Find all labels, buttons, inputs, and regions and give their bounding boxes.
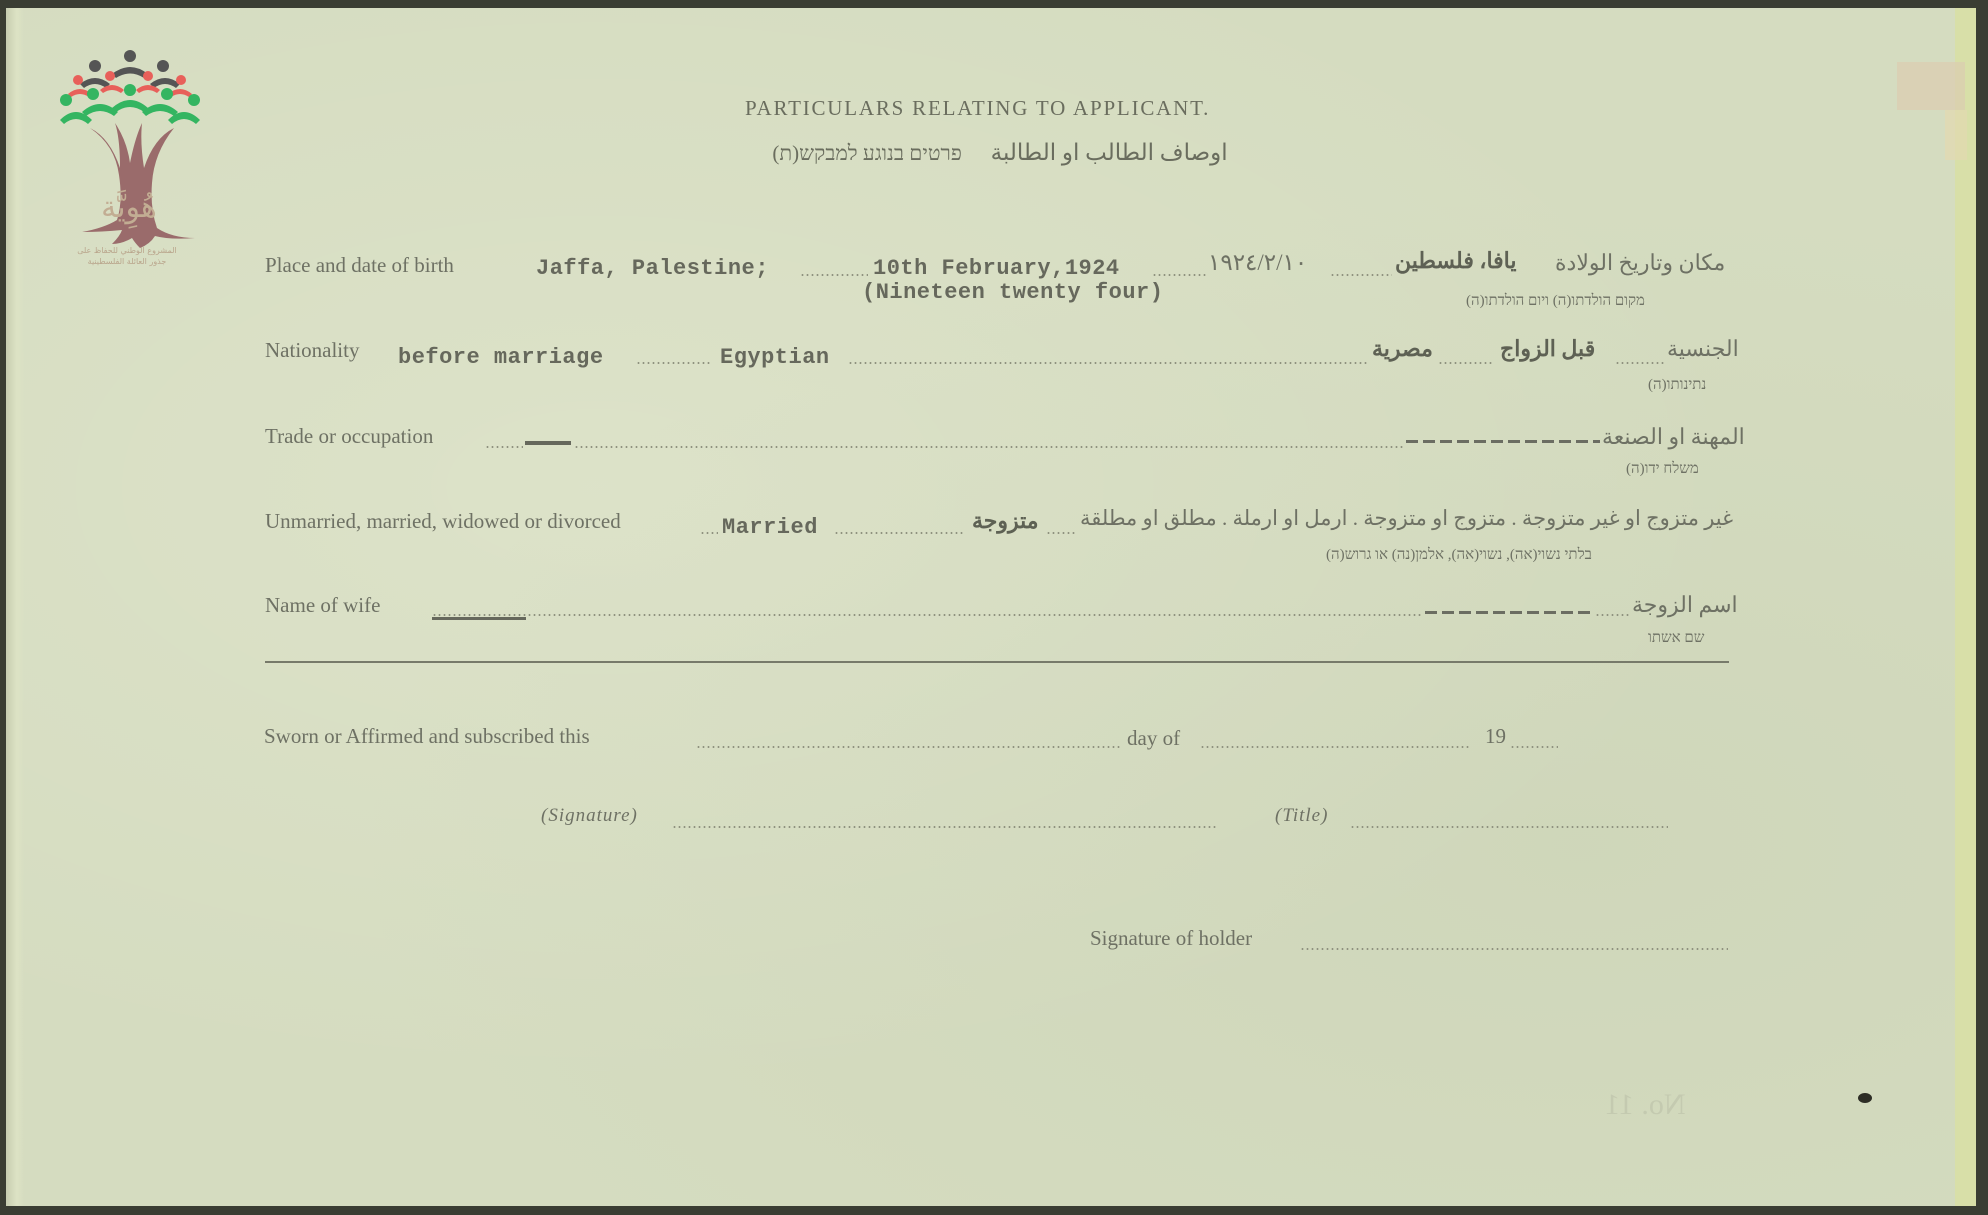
nationality-label-hebrew: נתינותו(ה) [1648, 377, 1706, 394]
dotted-leader [848, 362, 1368, 364]
wife-label-arabic: اسم الزوجة [1632, 592, 1738, 618]
nationality-qualifier-arabic: قبل الزواج [1500, 336, 1595, 362]
occupation-label: Trade or occupation [265, 424, 433, 449]
dotted-leader [1330, 274, 1392, 276]
birth-label-arabic: مكان وتاريخ الولادة [1555, 250, 1725, 276]
dotted-leader [574, 446, 1404, 448]
bleed-through-text: No. 11 [1605, 1088, 1686, 1122]
subtitle-arabic: اوصاف الطالب او الطالبة [991, 140, 1228, 165]
signature-label: (Signature) [541, 805, 638, 827]
year-prefix: 19 [1485, 724, 1506, 749]
nationality-label: Nationality [265, 338, 359, 363]
paper-stain [1945, 110, 1967, 160]
birth-date-arabic: ١٩٢٤/٢/١٠ [1208, 250, 1307, 276]
nationality-label-arabic: الجنسية [1667, 336, 1739, 362]
logo-wordmark: هُوِيَّة [92, 190, 166, 225]
birth-place-arabic: يافا، فلسطين [1395, 248, 1517, 274]
dotted-leader [636, 362, 710, 364]
birth-date-value: 10th February,1924 [873, 256, 1120, 281]
nationality-qualifier: before marriage [398, 345, 604, 370]
page-edge-right [1955, 8, 1976, 1206]
marital-value: Married [722, 515, 818, 540]
wife-label: Name of wife [265, 593, 380, 618]
dotted-leader [834, 532, 964, 534]
nationality-value: Egyptian [720, 345, 830, 370]
sworn-month-line [1200, 746, 1470, 748]
signature-line [672, 826, 1218, 828]
occupation-label-hebrew: משלח ידו(ה) [1626, 461, 1699, 478]
wife-arabic-dash [1425, 611, 1593, 614]
holder-signature-line [1300, 948, 1728, 950]
dotted-leader [1595, 614, 1629, 616]
occupation-arabic-dash [1406, 440, 1600, 443]
birth-label: Place and date of birth [265, 253, 454, 278]
page-subtitle: اوصاف الطالب او الطالبة פרטים בנוגע למבק… [740, 140, 1260, 166]
marital-label-hebrew: בלתי נשוי(אה), נשוי(אה), אלמן(נה) או גרו… [1326, 547, 1592, 564]
sworn-year-line [1510, 746, 1558, 748]
sworn-day-line [696, 746, 1122, 748]
wife-label-hebrew: שם אשתו [1648, 630, 1704, 647]
birth-place-value: Jaffa, Palestine; [536, 256, 769, 281]
dotted-leader [1615, 362, 1665, 364]
marital-value-arabic: متزوجة [972, 508, 1039, 534]
dotted-leader [800, 274, 868, 276]
wife-value-dash [432, 617, 526, 620]
dotted-leader [432, 614, 1422, 616]
section-divider [265, 661, 1729, 663]
ink-blot [1858, 1093, 1872, 1103]
subtitle-hebrew: פרטים בנוגע למבקש(ת) [772, 141, 962, 165]
page-edge-left [6, 8, 24, 1206]
paper-stain [1897, 62, 1965, 110]
birth-date-words: (Nineteen twenty four) [862, 280, 1163, 305]
dotted-leader [1046, 532, 1076, 534]
dotted-leader [700, 532, 718, 534]
title-label: (Title) [1275, 805, 1328, 827]
sworn-label: Sworn or Affirmed and subscribed this [264, 724, 590, 749]
marital-label: Unmarried, married, widowed or divorced [265, 509, 621, 534]
birth-label-hebrew: מקום הולדתו(ה) ויום הולדתו(ה) [1466, 293, 1645, 310]
dotted-leader [1152, 274, 1208, 276]
logo-caption: المشروع الوطني للحفاظ على جذور العائلة ا… [52, 245, 202, 267]
title-line [1350, 826, 1668, 828]
occupation-label-arabic: المهنة او الصنعة [1602, 424, 1745, 450]
hawiya-logo-icon [60, 48, 200, 278]
dotted-leader [485, 446, 523, 448]
holder-signature-label: Signature of holder [1090, 926, 1252, 951]
nationality-value-arabic: مصرية [1372, 336, 1433, 362]
marital-label-arabic: غير متزوج او غير متزوجة . متزوج او متزوج… [1080, 506, 1733, 531]
occupation-value-dash [525, 441, 571, 445]
page-title: PARTICULARS RELATING TO APPLICANT. [745, 96, 1210, 121]
dotted-leader [1438, 362, 1494, 364]
day-of-label: day of [1127, 726, 1180, 751]
